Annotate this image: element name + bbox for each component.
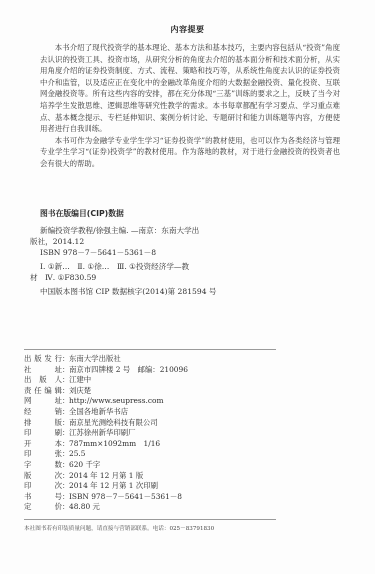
cip-line-title: 新编投资学教程/徐强主编. —南京：东南大学出: [40, 225, 340, 236]
pub-label: 出版人: [24, 375, 62, 386]
cip-line-classification: Ⅰ. ①新… Ⅱ. ①徐… Ⅲ. ①投资经济学—教: [40, 261, 340, 272]
divider-bottom: [24, 519, 276, 520]
pub-row-publisher: 出版发行：东南大学出版社: [24, 354, 284, 365]
pub-label: 排版: [24, 418, 62, 429]
pub-row-publisher-person: 出版人：江建中: [24, 375, 284, 386]
pub-label: 书号: [24, 492, 62, 503]
pub-value: 2014 年 12 月第 1 版: [69, 471, 143, 482]
pub-value: 江苏徐州新华印刷厂: [69, 428, 136, 439]
pub-label: 版次: [24, 471, 62, 482]
pub-label: 定价: [24, 502, 62, 513]
pub-label: 网址: [24, 396, 62, 407]
pub-label: 经销: [24, 407, 62, 418]
summary-paragraph: 本书介绍了现代投资学的基本理论、基本方法和基本技巧，主要内容包括从“投资”角度去…: [40, 42, 340, 135]
summary-body: 本书介绍了现代投资学的基本理论、基本方法和基本技巧，主要内容包括从“投资”角度去…: [40, 42, 340, 170]
pub-value: ISBN 978－7－5641－5361－8: [69, 492, 182, 503]
pub-row-editor: 责任编辑：刘庆楚: [24, 386, 284, 397]
pub-label: 印张: [24, 449, 62, 460]
pub-row-word-count: 字数：620 千字: [24, 460, 284, 471]
pub-value: 江建中: [69, 375, 91, 386]
publication-info: 出版发行：东南大学出版社 社址：南京市四牌楼 2 号 邮编：210096 出版人…: [24, 354, 284, 513]
pub-row-printer: 印刷：江苏徐州新华印刷厂: [24, 428, 284, 439]
pub-row-edition: 版次：2014 年 12 月第 1 版: [24, 471, 284, 482]
pub-row-price: 定价：48.80 元: [24, 502, 284, 513]
pub-row-typesetting: 排版：南京星光测绘科技有限公司: [24, 418, 284, 429]
footer-note: 本社图书若有印装质量问题，请直接与营销部联系。电话：025－83791830: [24, 524, 214, 532]
pub-value: 南京星光测绘科技有限公司: [69, 418, 158, 429]
pub-row-address: 社址：南京市四牌楼 2 号 邮编：210096: [24, 365, 284, 376]
pub-label: 出版发行: [24, 354, 62, 365]
pub-value: 620 千字: [69, 460, 100, 471]
pub-row-website: 网址：http://www.seupress.com: [24, 396, 284, 407]
pub-value: 全国各地新华书店: [69, 407, 128, 418]
cip-data-block: 图书在版编目(CIP)数据 新编投资学教程/徐强主编. —南京：东南大学出 版社…: [40, 208, 340, 297]
pub-label: 字数: [24, 460, 62, 471]
pub-value: 东南大学出版社: [69, 354, 121, 365]
pub-label: 责任编辑: [24, 386, 62, 397]
cip-line-isbn: ISBN 978－7－5641－5361－8: [40, 247, 340, 258]
pub-label: 社址: [24, 365, 62, 376]
cip-title: 图书在版编目(CIP)数据: [40, 208, 340, 219]
pub-value: 48.80 元: [69, 502, 100, 513]
pub-value: 2014 年 12 月第 1 次印刷: [69, 481, 158, 492]
pub-value: 25.5: [69, 449, 85, 460]
pub-value: 南京市四牌楼 2 号 邮编：210096: [69, 365, 188, 376]
pub-label: 印刷: [24, 428, 62, 439]
pub-value: 787mm×1092mm 1/16: [69, 439, 160, 450]
cip-line-publisher: 版社，2014.12: [30, 236, 340, 247]
pub-label: 印次: [24, 481, 62, 492]
pub-row-distributor: 经销：全国各地新华书店: [24, 407, 284, 418]
copyright-page: 内容提要 本书介绍了现代投资学的基本理论、基本方法和基本技巧，主要内容包括从“投…: [0, 0, 375, 574]
pub-row-format: 开本：787mm×1092mm 1/16: [24, 439, 284, 450]
pub-value-website[interactable]: http://www.seupress.com: [69, 396, 163, 407]
pub-row-isbn: 书号：ISBN 978－7－5641－5361－8: [24, 492, 284, 503]
summary-paragraph: 本书可作为金融学专业学生学习“证券投资学”的教材使用，也可以作为各类经济与管理专…: [40, 135, 340, 170]
cip-line-classification-cont: 材 Ⅳ. ①F830.59: [30, 272, 340, 283]
pub-label: 开本: [24, 439, 62, 450]
pub-row-printing: 印次：2014 年 12 月第 1 次印刷: [24, 481, 284, 492]
pub-row-sheets: 印张：25.5: [24, 449, 284, 460]
divider-top: [24, 349, 276, 350]
cip-line-verification: 中国版本图书馆 CIP 数据核字(2014)第 281594 号: [40, 286, 340, 297]
pub-value: 刘庆楚: [69, 386, 91, 397]
summary-title: 内容提要: [0, 24, 375, 35]
